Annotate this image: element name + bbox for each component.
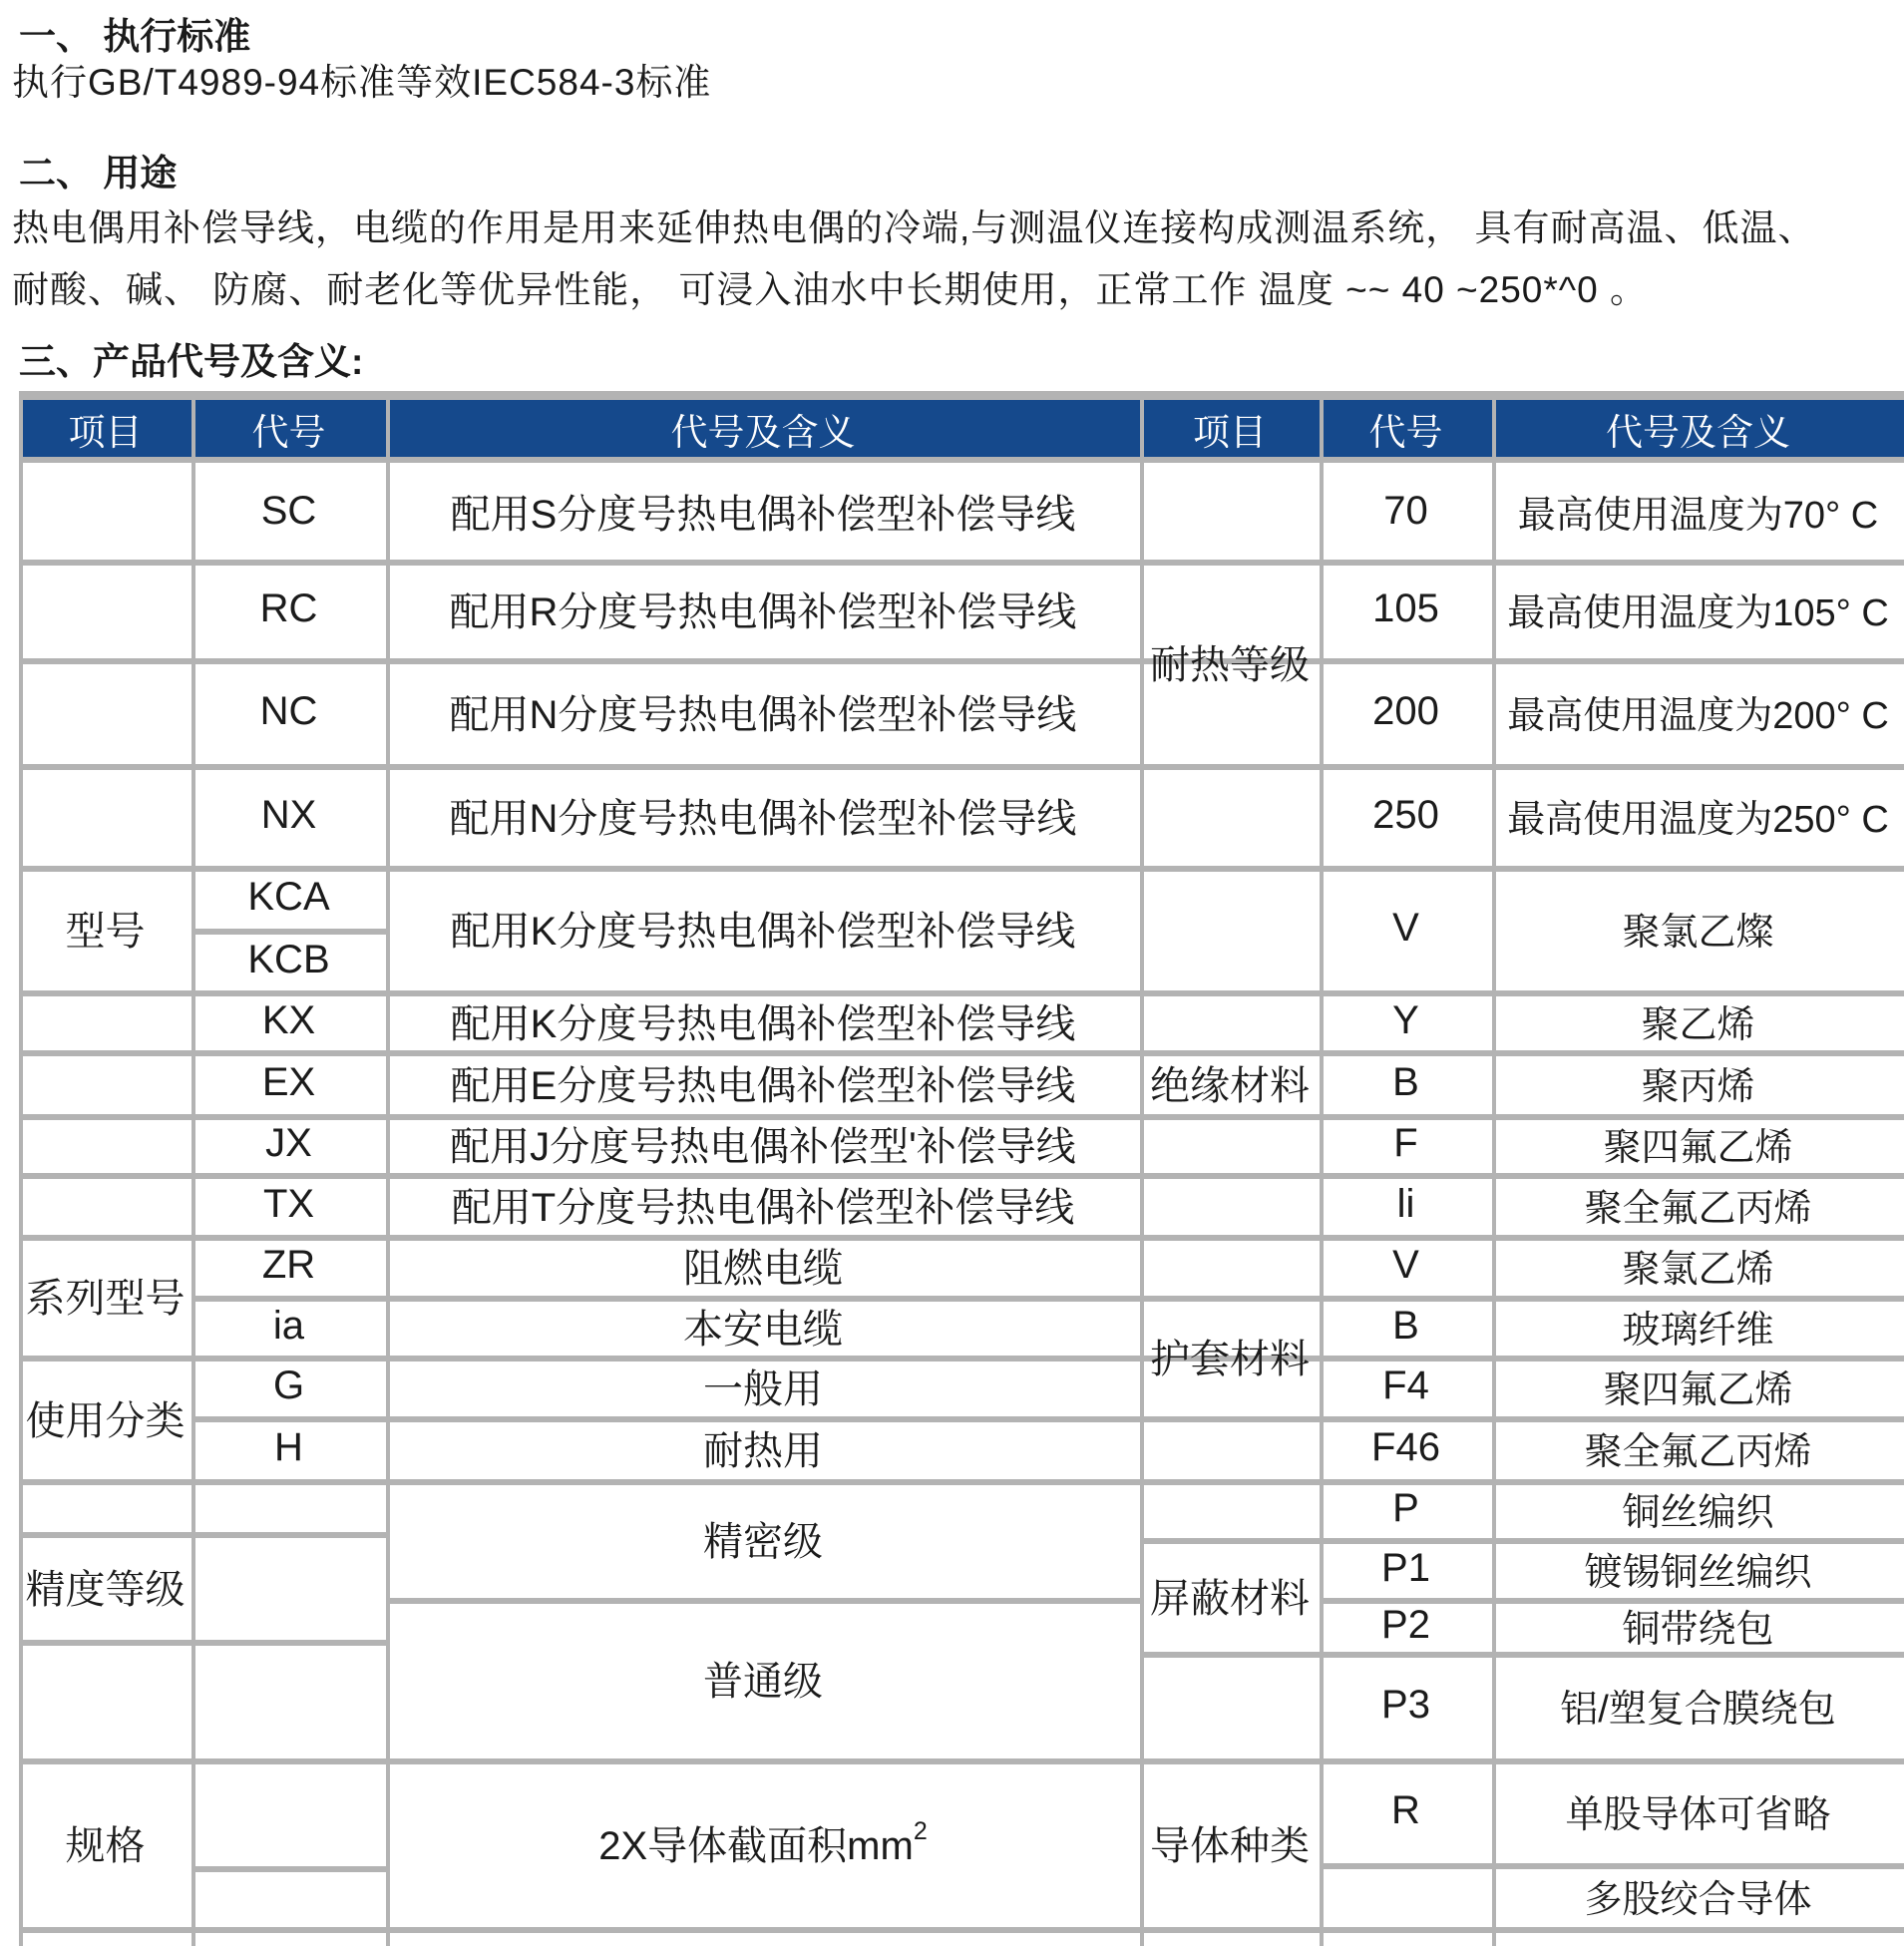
cell-desc-g: 一般用 bbox=[386, 1356, 1140, 1416]
cell-desc-pvc-sheath: 聚氯乙烯 bbox=[1492, 1235, 1904, 1296]
cell-code-v-insulation: V bbox=[1320, 866, 1492, 990]
section-heading-codes: 三、产品代号及含义: bbox=[19, 331, 363, 385]
cell-code-f46: F46 bbox=[1320, 1416, 1492, 1479]
row-label-heat-grade: 耐热等级 bbox=[1140, 560, 1320, 764]
cell-desc-zr: 阻燃电缆 bbox=[386, 1235, 1140, 1296]
cell-code-tx: TX bbox=[191, 1173, 386, 1235]
column-header-meaning-right: 代号及含义 bbox=[1492, 400, 1904, 457]
row-label-usage-class: 使用分类 bbox=[19, 1356, 191, 1479]
cell-code-105: 105 bbox=[1320, 560, 1492, 658]
grid-line-horizontal bbox=[191, 1866, 386, 1872]
grid-line-horizontal bbox=[19, 1927, 1904, 1933]
cell-desc-200: 最高使用温度为200° C bbox=[1492, 658, 1904, 764]
grid-line-horizontal bbox=[19, 391, 1904, 400]
cell-code-ia: ia bbox=[191, 1296, 386, 1356]
cell-code-nc: NC bbox=[191, 658, 386, 764]
column-header-item-left: 项目 bbox=[19, 400, 191, 457]
cell-code-200: 200 bbox=[1320, 658, 1492, 764]
column-header-meaning-left: 代号及含义 bbox=[386, 400, 1140, 457]
row-label-conductor-type: 导体种类 bbox=[1140, 1758, 1320, 1927]
cell-code-b-insulation: B bbox=[1320, 1050, 1492, 1114]
cell-code-ex: EX bbox=[191, 1050, 386, 1114]
grid-line-vertical bbox=[19, 391, 23, 1946]
cell-desc-copper-tape: 铜带绕包 bbox=[1492, 1598, 1904, 1652]
cell-desc-ia: 本安电缆 bbox=[386, 1296, 1140, 1356]
row-label-accuracy-grade: 精度等级 bbox=[19, 1532, 191, 1640]
grid-line-horizontal bbox=[19, 1640, 386, 1646]
column-header-code-left: 代号 bbox=[191, 400, 386, 457]
cell-desc-h: 耐热用 bbox=[386, 1416, 1140, 1479]
row-label-insulation: 绝缘材料 bbox=[1140, 1050, 1320, 1114]
cell-desc-rc: 配用R分度号热电偶补偿型补偿导线 bbox=[386, 560, 1140, 658]
spec-text: 2X导体截面积mm bbox=[598, 1814, 914, 1871]
spec-superscript: 2 bbox=[914, 1817, 928, 1846]
cell-desc-fep-insulation: 聚全氟乙丙烯 bbox=[1492, 1173, 1904, 1235]
cell-code-250: 250 bbox=[1320, 764, 1492, 866]
cell-code-jx: JX bbox=[191, 1114, 386, 1173]
cell-desc-ex: 配用E分度号热电偶补偿型补偿导线 bbox=[386, 1050, 1140, 1114]
cell-desc-ordinary-grade: 普通级 bbox=[386, 1598, 1140, 1758]
cell-desc-fep-sheath: 聚全氟乙丙烯 bbox=[1492, 1416, 1904, 1479]
cell-code-p3: P3 bbox=[1320, 1652, 1492, 1758]
cell-desc-pvc-insulation: 聚氯乙燦 bbox=[1492, 866, 1904, 990]
cell-desc-105: 最高使用温度为105° C bbox=[1492, 560, 1904, 658]
cell-desc-al-film: 铝/塑复合膜绕包 bbox=[1492, 1652, 1904, 1758]
cell-desc-glass-fiber: 玻璃纤维 bbox=[1492, 1296, 1904, 1356]
cell-code-kx: KX bbox=[191, 990, 386, 1050]
usage-line-1: 热电偶用补偿导线，电缆的作用是用来延伸热电偶的冷端,与测温仪连接构成测温系统， … bbox=[12, 197, 1816, 251]
cell-code-sc: SC bbox=[191, 463, 386, 560]
cell-code-kcb: KCB bbox=[191, 929, 386, 990]
row-label-spec: 规格 bbox=[19, 1758, 191, 1927]
cell-code-nx: NX bbox=[191, 764, 386, 866]
cell-desc-pp: 聚丙烯 bbox=[1492, 1050, 1904, 1114]
cell-desc-250: 最高使用温度为250° C bbox=[1492, 764, 1904, 866]
cell-code-p2: P2 bbox=[1320, 1598, 1492, 1652]
cell-code-li: li bbox=[1320, 1173, 1492, 1235]
cell-desc-jx: 配用J分度号热电偶补偿型'补偿导线 bbox=[386, 1114, 1140, 1173]
cell-desc-ptfe-insulation: 聚四氟乙烯 bbox=[1492, 1114, 1904, 1173]
section-body-standard: 执行GB/T4989-94标准等效IEC584-3标准 bbox=[12, 52, 711, 106]
cell-code-zr: ZR bbox=[191, 1235, 386, 1296]
usage-line-2: 耐酸、碱、 防腐、耐老化等优异性能， 可浸入油水中长期使用，正常工作 温度 ~~… bbox=[12, 259, 1648, 313]
cell-desc-spec: 2X导体截面积mm2 bbox=[386, 1758, 1140, 1927]
cell-desc-stranded-conductor: 多股绞合导体 bbox=[1492, 1863, 1904, 1927]
cell-code-rc: RC bbox=[191, 560, 386, 658]
cell-desc-tx: 配用T分度号热电偶补偿型补偿导线 bbox=[386, 1173, 1140, 1235]
row-label-shield-material: 屏蔽材料 bbox=[1140, 1538, 1320, 1652]
cell-desc-kx: 配用K分度号热电偶补偿型补偿导线 bbox=[386, 990, 1140, 1050]
cell-code-b-sheath: B bbox=[1320, 1296, 1492, 1356]
document-page: 一、 执行标准 执行GB/T4989-94标准等效IEC584-3标准 二、 用… bbox=[0, 0, 1904, 1946]
cell-code-r: R bbox=[1320, 1758, 1492, 1863]
cell-code-y: Y bbox=[1320, 990, 1492, 1050]
cell-code-v-sheath: V bbox=[1320, 1235, 1492, 1296]
section-heading-usage: 二、 用途 bbox=[19, 143, 177, 196]
cell-desc-k: 配用K分度号热电偶补偿型补偿导线 bbox=[386, 866, 1140, 990]
cell-code-p1: P1 bbox=[1320, 1538, 1492, 1598]
cell-code-h: H bbox=[191, 1416, 386, 1479]
cell-desc-sc: 配用S分度号热电偶补偿型补偿导线 bbox=[386, 463, 1140, 560]
row-label-sheath-material: 护套材料 bbox=[1140, 1296, 1320, 1416]
cell-desc-nc: 配用N分度号热电偶补偿型补偿导线 bbox=[386, 658, 1140, 764]
column-header-code-right: 代号 bbox=[1320, 400, 1492, 457]
cell-desc-precision-grade: 精密级 bbox=[386, 1479, 1140, 1598]
cell-desc-pe: 聚乙烯 bbox=[1492, 990, 1904, 1050]
row-label-model: 型号 bbox=[19, 866, 191, 990]
cell-code-kca: KCA bbox=[191, 866, 386, 929]
cell-desc-single-conductor: 单股导体可省略 bbox=[1492, 1758, 1904, 1863]
cell-desc-ptfe-sheath: 聚四氟乙烯 bbox=[1492, 1356, 1904, 1416]
cell-desc-nx: 配用N分度号热电偶补偿型补偿导线 bbox=[386, 764, 1140, 866]
cell-code-p: P bbox=[1320, 1479, 1492, 1538]
cell-code-70: 70 bbox=[1320, 463, 1492, 560]
cell-code-g: G bbox=[191, 1356, 386, 1416]
row-label-series-model: 系列型号 bbox=[19, 1235, 191, 1356]
column-header-item-right: 项目 bbox=[1140, 400, 1320, 457]
cell-code-f: F bbox=[1320, 1114, 1492, 1173]
cell-code-f4: F4 bbox=[1320, 1356, 1492, 1416]
cell-desc-copper-braid: 铜丝编织 bbox=[1492, 1479, 1904, 1538]
cell-desc-tinned-copper-braid: 镀锡铜丝编织 bbox=[1492, 1538, 1904, 1598]
cell-desc-70: 最高使用温度为70° C bbox=[1492, 463, 1904, 560]
